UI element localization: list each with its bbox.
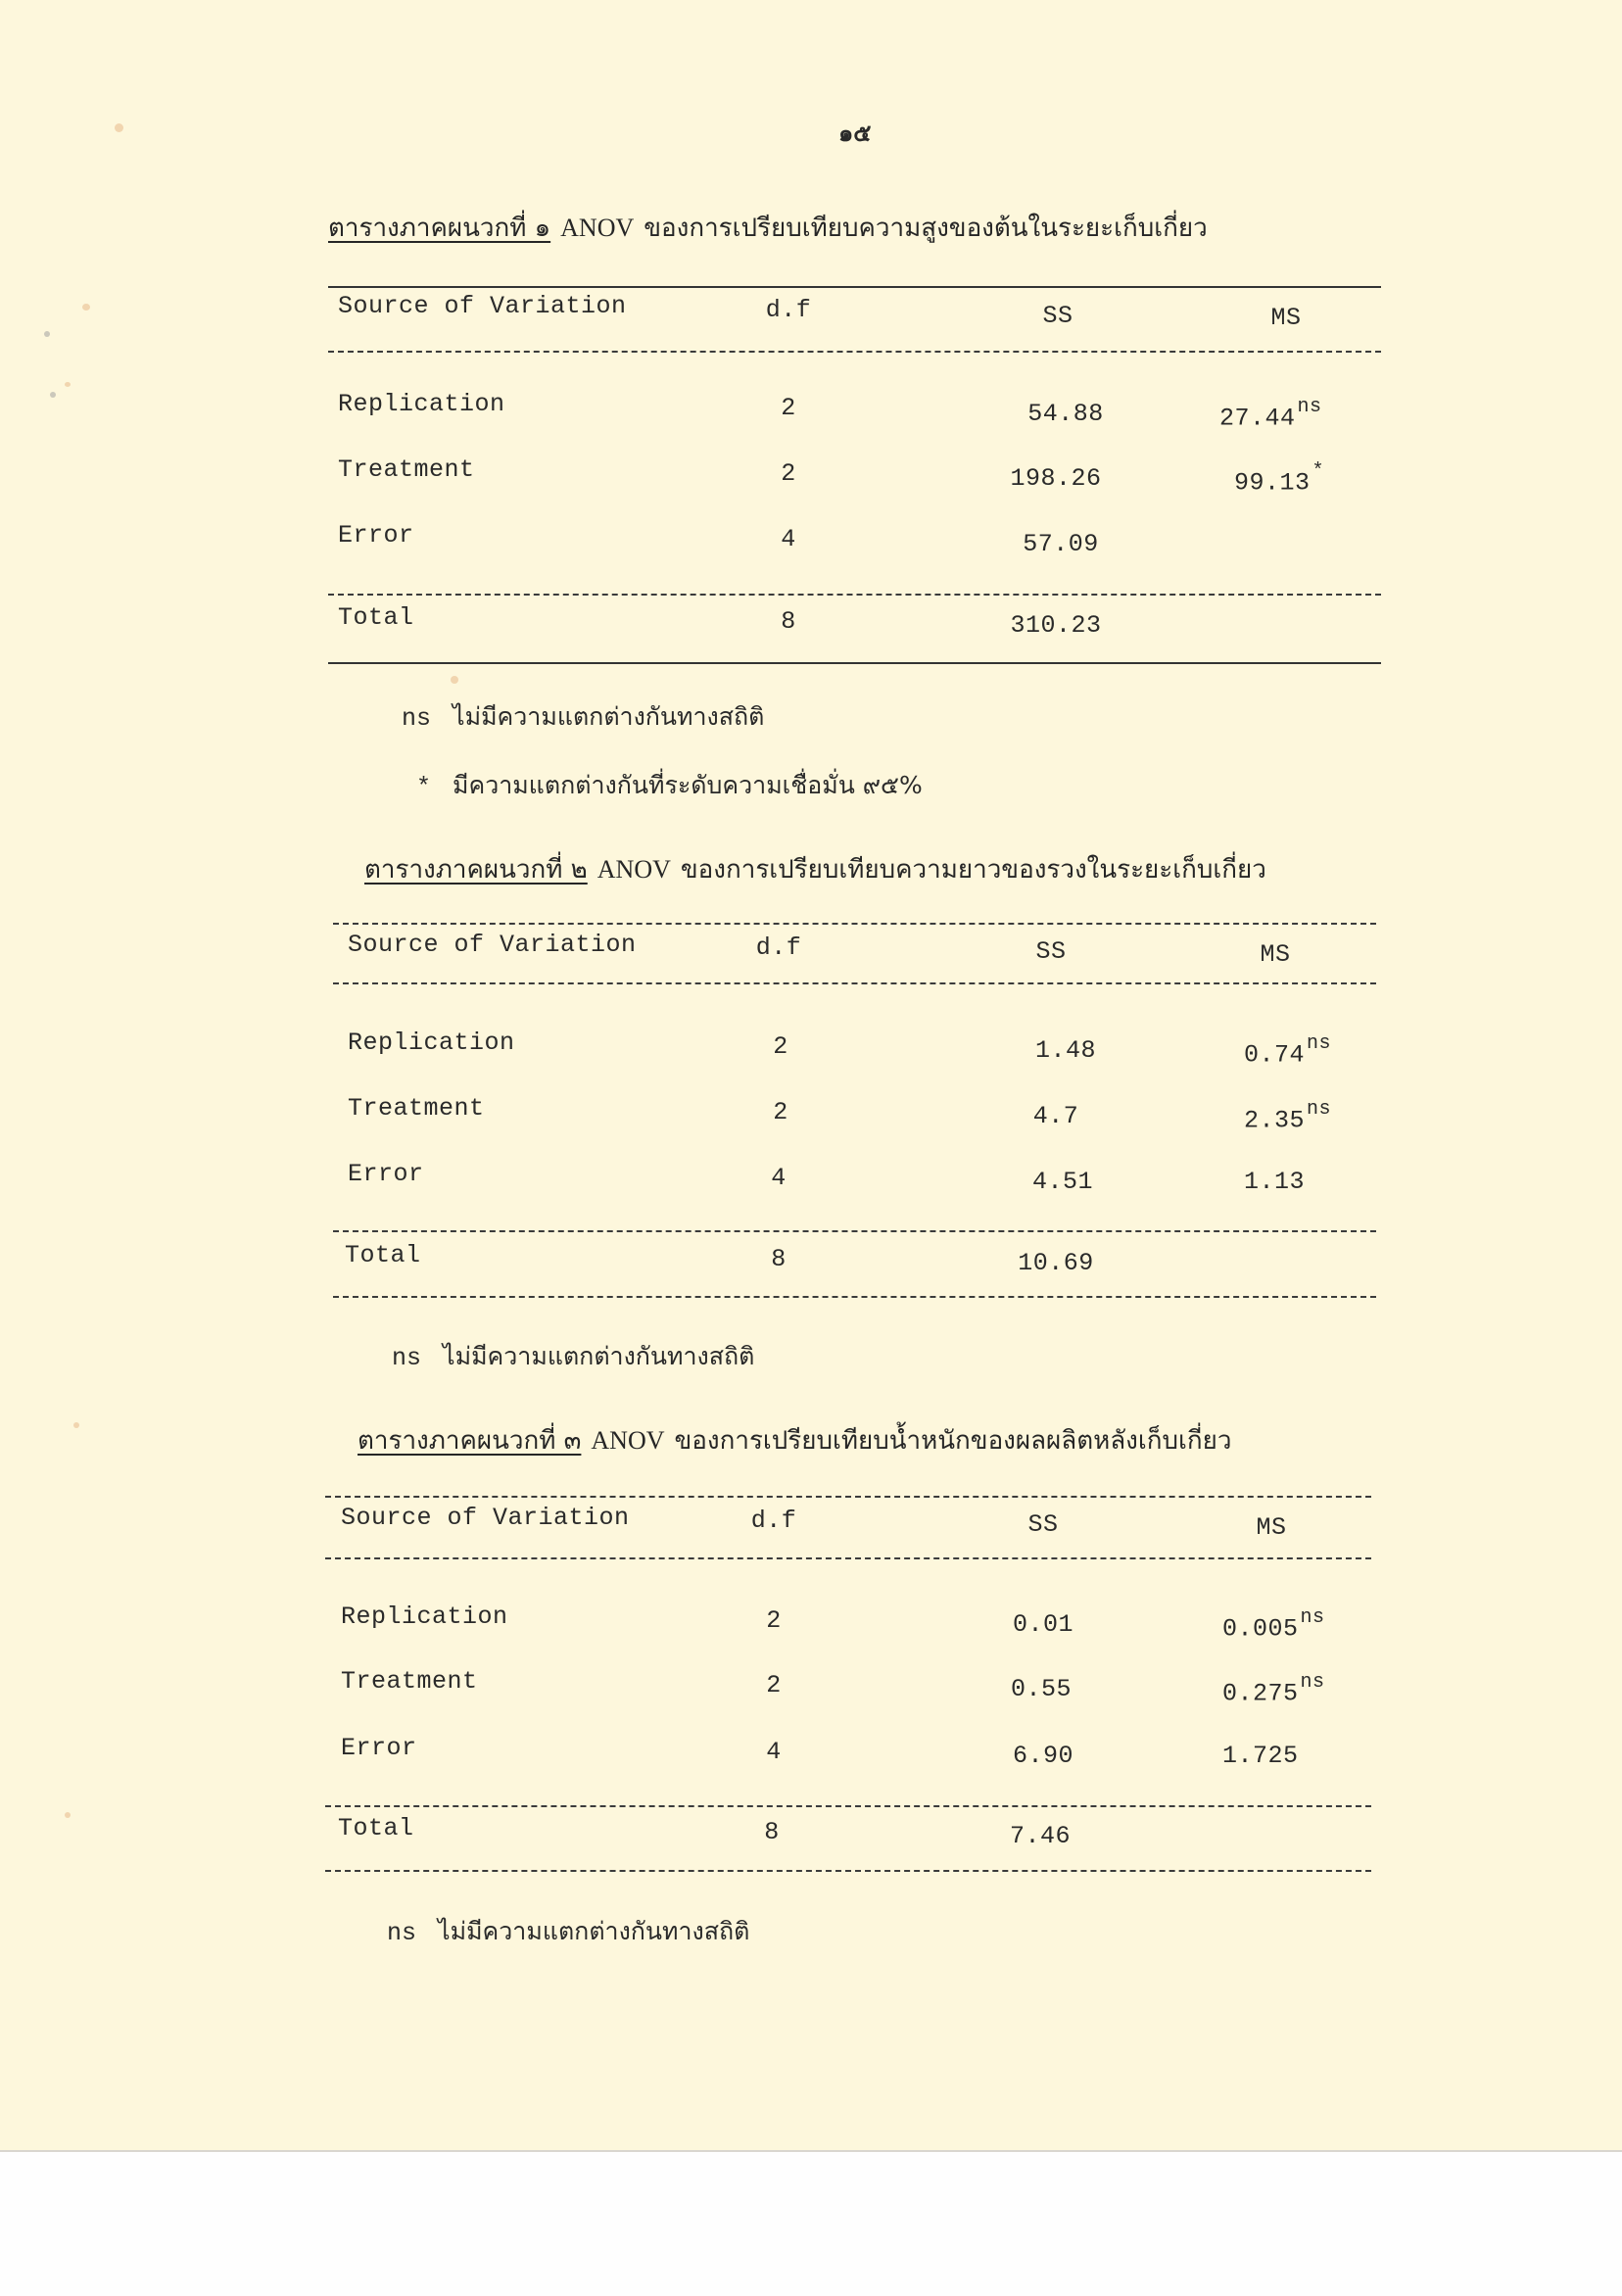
page-number: ๑๕ (838, 114, 871, 152)
row-df: 2 (781, 459, 796, 488)
total-ss: 310.23 (1010, 611, 1101, 640)
total-label: Total (345, 1241, 421, 1269)
table-2-bottom-rule (333, 1296, 1376, 1298)
table-1-header-source: Source of Variation (338, 292, 627, 320)
total-df: 8 (781, 607, 796, 636)
table-3-title: ตารางภาคผนวกที่ ๓ANOVของการเปรียบเทียบน้… (358, 1420, 1231, 1460)
row-source: Treatment (348, 1094, 485, 1123)
table-2-header-source: Source of Variation (348, 931, 637, 959)
note-text: มีความแตกต่างกันที่ระดับความเชื่อมั่น ๙๕… (453, 771, 923, 799)
row-df: 2 (773, 1032, 788, 1061)
row-ms: 2.35ns (1244, 1102, 1331, 1134)
significance-mark: * (1312, 460, 1325, 483)
table-2-header-ms: MS (1260, 940, 1290, 969)
table-1-total-rule (328, 594, 1381, 596)
table-3-header-ss: SS (1027, 1510, 1058, 1539)
table-3-description: ของการเปรียบเทียบน้ำหนักของผลผลิตหลังเก็… (675, 1426, 1232, 1456)
table-1-label: ตารางภาคผนวกที่ ๑ (328, 214, 550, 243)
row-ss: 0.55 (1011, 1675, 1072, 1703)
table-2-label: ตารางภาคผนวกที่ ๒ (364, 855, 588, 885)
significance-mark: ns (1301, 1671, 1325, 1694)
table-1-top-rule (328, 286, 1381, 288)
table-1-header-rule (328, 351, 1381, 353)
table-1-note-significant: *มีความแตกต่างกันที่ระดับความเชื่อมั่น ๙… (416, 766, 923, 805)
table-3-caption: ANOV (591, 1426, 664, 1455)
total-label: Total (338, 603, 414, 632)
significance-mark: ns (1301, 1606, 1325, 1629)
total-df: 8 (771, 1245, 787, 1273)
table-2-caption: ANOV (597, 855, 671, 884)
row-source: Error (341, 1734, 417, 1762)
significance-mark: ns (1307, 1098, 1331, 1121)
ms-value: 0.74 (1244, 1040, 1305, 1069)
total-label: Total (338, 1814, 414, 1842)
ms-value: 99.13 (1234, 468, 1311, 497)
table-1-description: ของการเปรียบเทียบความสูงของต้นในระยะเก็บ… (644, 214, 1207, 243)
ms-value: 0.005 (1222, 1614, 1299, 1643)
row-source: Replication (348, 1028, 515, 1057)
row-ss: 1.48 (1035, 1036, 1096, 1065)
table-2-total-rule (333, 1230, 1376, 1232)
note-symbol: ns (387, 1919, 416, 1947)
row-source: Replication (341, 1602, 508, 1631)
row-df: 2 (781, 394, 796, 422)
note-symbol: ns (402, 704, 431, 733)
table-3-header-rule (325, 1557, 1371, 1559)
table-1-title: ตารางภาคผนวกที่ ๑ANOVของการเปรียบเทียบคว… (328, 208, 1208, 248)
stain (50, 392, 56, 398)
table-3-top-rule (325, 1496, 1371, 1498)
table-2-header-ss: SS (1035, 937, 1066, 966)
significance-mark: ns (1298, 396, 1322, 418)
table-3-label: ตารางภาคผนวกที่ ๓ (358, 1426, 581, 1456)
row-df: 2 (766, 1606, 782, 1635)
row-df: 2 (773, 1098, 788, 1126)
table-3-bottom-rule (325, 1870, 1371, 1872)
ms-value: 2.35 (1244, 1106, 1305, 1134)
ms-value: 27.44 (1219, 404, 1296, 432)
total-ss: 10.69 (1018, 1249, 1094, 1277)
table-3-total-rule (325, 1805, 1371, 1807)
note-text: ไม่มีความแตกต่างกันทางสถิติ (453, 702, 764, 731)
row-source: Treatment (338, 455, 475, 484)
total-ss: 7.46 (1010, 1822, 1071, 1850)
ms-value: 1.725 (1222, 1742, 1299, 1770)
table-3-header-ms: MS (1256, 1513, 1286, 1542)
row-ms: 0.275ns (1222, 1675, 1325, 1707)
row-ms: 0.74ns (1244, 1036, 1331, 1069)
table-3-header-df: d.f (751, 1507, 797, 1535)
table-2-description: ของการเปรียบเทียบความยาวของรวงในระยะเก็บ… (681, 855, 1266, 885)
table-1-bottom-rule (328, 662, 1381, 664)
row-ss: 6.90 (1013, 1742, 1073, 1770)
row-df: 4 (771, 1164, 787, 1192)
row-df: 4 (766, 1738, 782, 1766)
stain (65, 1812, 71, 1818)
row-source: Treatment (341, 1667, 478, 1696)
stain (451, 676, 458, 684)
table-2-top-rule (333, 923, 1376, 925)
row-df: 2 (766, 1671, 782, 1699)
stain (73, 1422, 79, 1428)
row-ss: 4.7 (1033, 1102, 1079, 1130)
note-symbol: * (416, 773, 431, 801)
stain (65, 382, 71, 387)
row-source: Replication (338, 390, 505, 418)
row-ms: 99.13* (1234, 464, 1324, 497)
row-source: Error (338, 521, 414, 550)
row-ms: 1.725 (1222, 1742, 1299, 1770)
stain (115, 123, 123, 132)
row-ms: 1.13 (1244, 1168, 1305, 1196)
row-ms: 0.005ns (1222, 1610, 1325, 1643)
note-text: ไม่มีความแตกต่างกันทางสถิติ (438, 1917, 749, 1945)
table-3-header-source: Source of Variation (341, 1504, 630, 1532)
table-3-note-ns: nsไม่มีความแตกต่างกันทางสถิติ (387, 1912, 749, 1951)
ms-value: 0.275 (1222, 1679, 1299, 1707)
table-1-header-ms: MS (1270, 304, 1301, 332)
table-1-header-ss: SS (1042, 302, 1073, 330)
table-2-header-rule (333, 982, 1376, 984)
row-ss: 198.26 (1010, 464, 1101, 493)
table-2-note-ns: nsไม่มีความแตกต่างกันทางสถิติ (392, 1337, 754, 1376)
row-df: 4 (781, 525, 796, 553)
row-ss: 57.09 (1023, 530, 1099, 558)
row-ss: 0.01 (1013, 1610, 1073, 1639)
row-source: Error (348, 1160, 424, 1188)
note-text: ไม่มีความแตกต่างกันทางสถิติ (443, 1342, 754, 1370)
stain (82, 304, 90, 311)
row-ss: 54.88 (1027, 400, 1104, 428)
total-df: 8 (764, 1818, 780, 1846)
ms-value: 1.13 (1244, 1168, 1305, 1196)
stain (44, 331, 50, 337)
row-ms: 27.44ns (1219, 400, 1322, 432)
scanned-page: ๑๕ ตารางภาคผนวกที่ ๑ANOVของการเปรียบเทีย… (0, 0, 1622, 2152)
row-ss: 4.51 (1032, 1168, 1093, 1196)
significance-mark: ns (1307, 1032, 1331, 1055)
table-1-header-df: d.f (766, 296, 812, 324)
table-1-note-ns: nsไม่มีความแตกต่างกันทางสถิติ (402, 697, 764, 737)
table-2-header-df: d.f (756, 933, 802, 962)
table-1-caption: ANOV (560, 214, 634, 242)
table-2-title: ตารางภาคผนวกที่ ๒ANOVของการเปรียบเทียบคว… (364, 849, 1266, 889)
note-symbol: ns (392, 1344, 421, 1372)
